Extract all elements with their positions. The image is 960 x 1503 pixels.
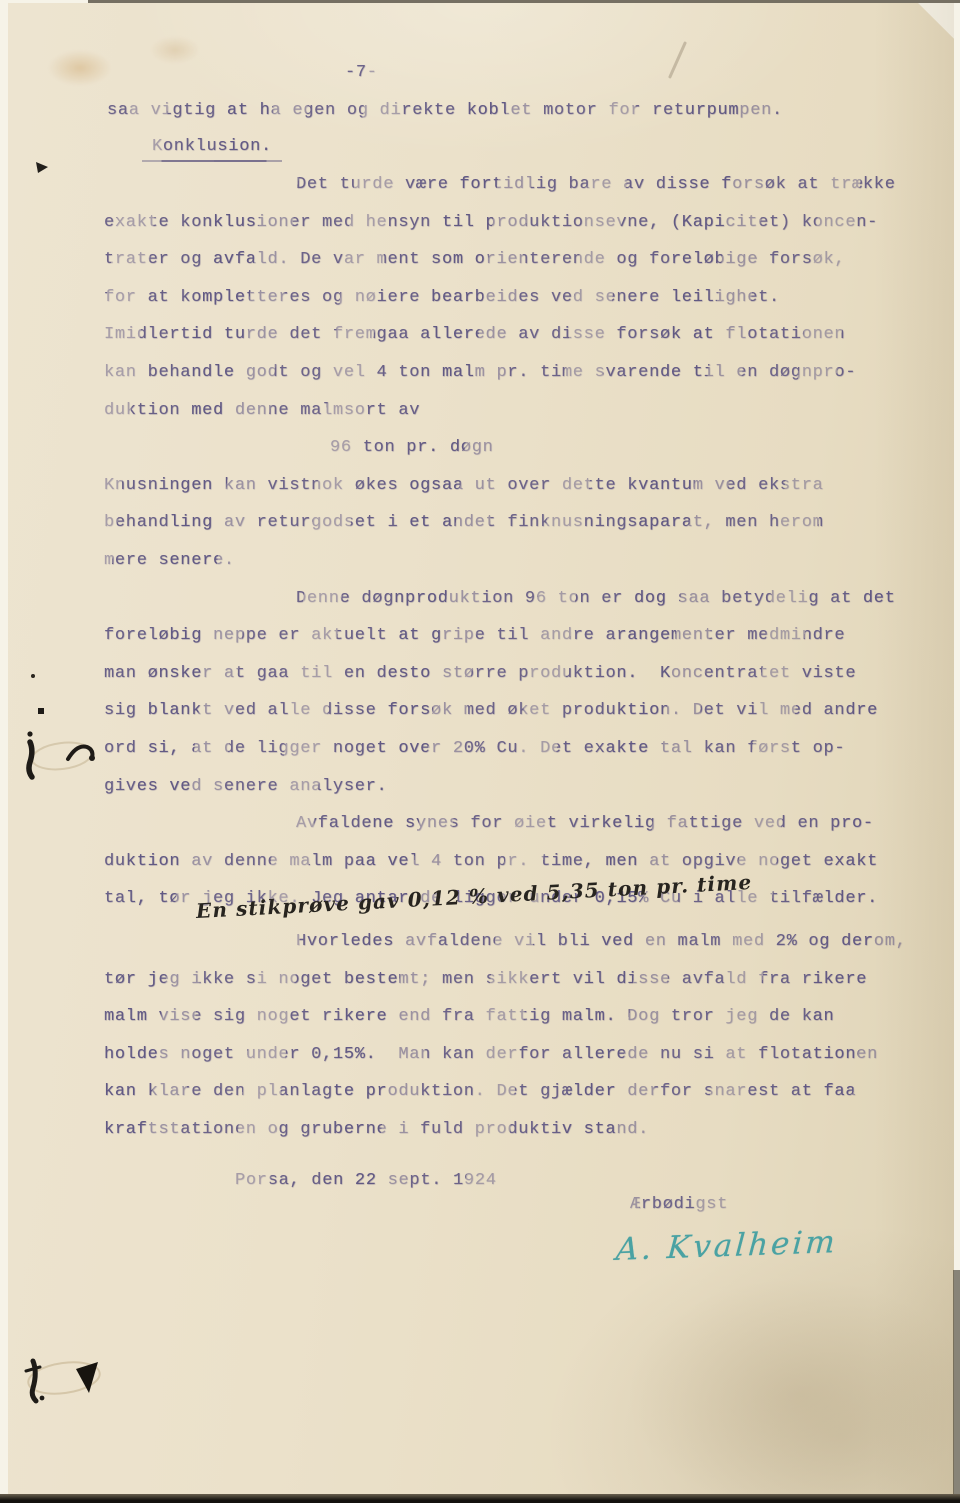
typewritten-line: behandling av returgodset i et andet fin… [104,512,824,533]
typewritten-line: Ærbødigst [630,1194,728,1215]
typewritten-line: ord si, at de ligger noget over 20% Cu. … [104,738,845,759]
typewritten-line: tør jeg ikke si noget bestemt; men sikke… [104,969,867,990]
typewritten-line: Avfaldene synes for øiet virkelig fattig… [296,813,874,834]
typewritten-line: holdes noget under 0,15%. Man kan derfor… [104,1044,878,1065]
typewritten-line: Imidlertid turde det fremgaa allerede av… [104,324,845,345]
typewritten-text-layer: -7-saa vigtig at ha egen og direkte kobl… [0,0,960,1503]
typewritten-line: foreløbig neppe er aktuelt at gripe til … [104,625,845,646]
typewritten-line: trater og avfald. De var ment som orient… [104,249,845,270]
scan-edge-top [88,0,960,3]
typewritten-line: duktion av denne malm paa vel 4 ton pr. … [104,851,878,872]
typewritten-line: Hvorledes avfaldene vil bli ved en malm … [296,931,907,952]
typewritten-line: duktion med denne malmsort av [104,400,420,421]
typewritten-line: mere senere. [104,550,235,571]
typewritten-line: saa vigtig at ha egen og direkte koblet … [107,100,783,121]
scan-edge-right [953,1270,960,1503]
scanned-letter-page: -7-saa vigtig at ha egen og direkte kobl… [0,0,960,1503]
typewritten-line: exakte konklusioner med hensyn til produ… [104,212,878,233]
typewritten-line: man ønsker at gaa til en desto større pr… [104,663,856,684]
scan-edge-bottom [0,1494,960,1503]
typewritten-line: Det turde være fortidlig bare av disse f… [296,174,896,195]
typewritten-line: -7- [345,62,378,83]
typewritten-line: Knusningen kan vistnok økes ogsaa ut ove… [104,475,824,496]
typewritten-line: Konklusion. [142,136,282,162]
typewritten-line: kan behandle godt og vel 4 ton malm pr. … [104,362,856,383]
typewritten-line: gives ved senere analyser. [104,776,387,797]
typewritten-line: for at kompletteres og nøiere bearbeides… [104,287,780,308]
typewritten-line: Denne døgnproduktion 96 ton er dog saa b… [296,588,896,609]
typewritten-line: kan klare den planlagte produktion. Det … [104,1081,856,1102]
typewritten-line: 96 ton pr. døgn [330,437,494,458]
typewritten-line: sig blankt ved alle disse forsøk med øke… [104,700,878,721]
typewritten-line: kraftstationen og gruberne i fuld produk… [104,1119,649,1140]
typewritten-line: Porsa, den 22 sept. 1924 [235,1170,497,1191]
typewritten-line: malm vise sig noget rikere end fra fatti… [104,1006,834,1027]
